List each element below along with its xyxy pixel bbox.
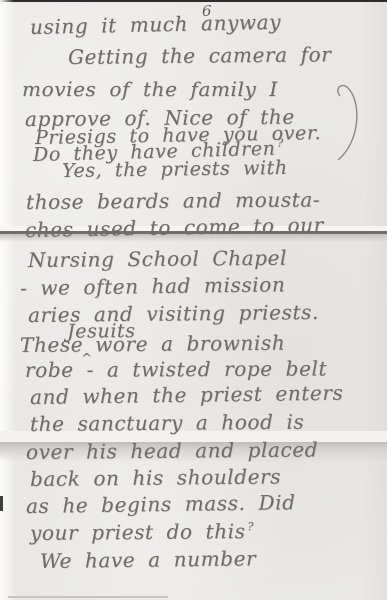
handwriting-line: the sanctuary a hood is — [30, 410, 305, 436]
handwriting-line: - we often had mission — [20, 272, 286, 300]
letter-page: 6 using it much anyway Getting the camer… — [0, 0, 387, 600]
handwriting-line: We have a number — [40, 546, 257, 573]
pen-flourish — [320, 82, 370, 162]
line-text: your priest do this — [30, 519, 246, 545]
insertion-anchor: Jesuits^ — [83, 350, 95, 351]
bottom-shadow-line — [8, 596, 168, 598]
edge-mark — [0, 496, 3, 511]
handwriting-line: Yes, the priests with — [62, 157, 288, 182]
handwriting-line: TheseJesuits^wore a brownish — [20, 331, 285, 357]
handwriting-line: movies of the family I — [22, 77, 278, 101]
scan-edge-top — [0, 0, 387, 2]
handwriting-line: your priest do this? — [30, 519, 252, 545]
handwriting-line: robe - a twisted rope belt — [25, 356, 327, 382]
handwriting-line: and when the priest enters — [30, 381, 344, 409]
handwriting-line: back on his shoulders — [30, 464, 281, 491]
question-mark-superscript: ? — [277, 136, 284, 149]
question-mark-superscript: ? — [247, 520, 254, 533]
handwriting-line: over his head and placed — [26, 437, 318, 464]
inserted-word: Jesuits — [67, 320, 136, 343]
handwriting-line: Getting the camera for — [68, 42, 332, 69]
handwriting-line: using it much anyway — [30, 10, 282, 39]
handwriting-line: those beards and mousta- — [26, 187, 320, 214]
handwriting-line: Nursing School Chapel — [28, 246, 287, 272]
handwriting-line: as he begins mass. Did — [26, 490, 296, 518]
